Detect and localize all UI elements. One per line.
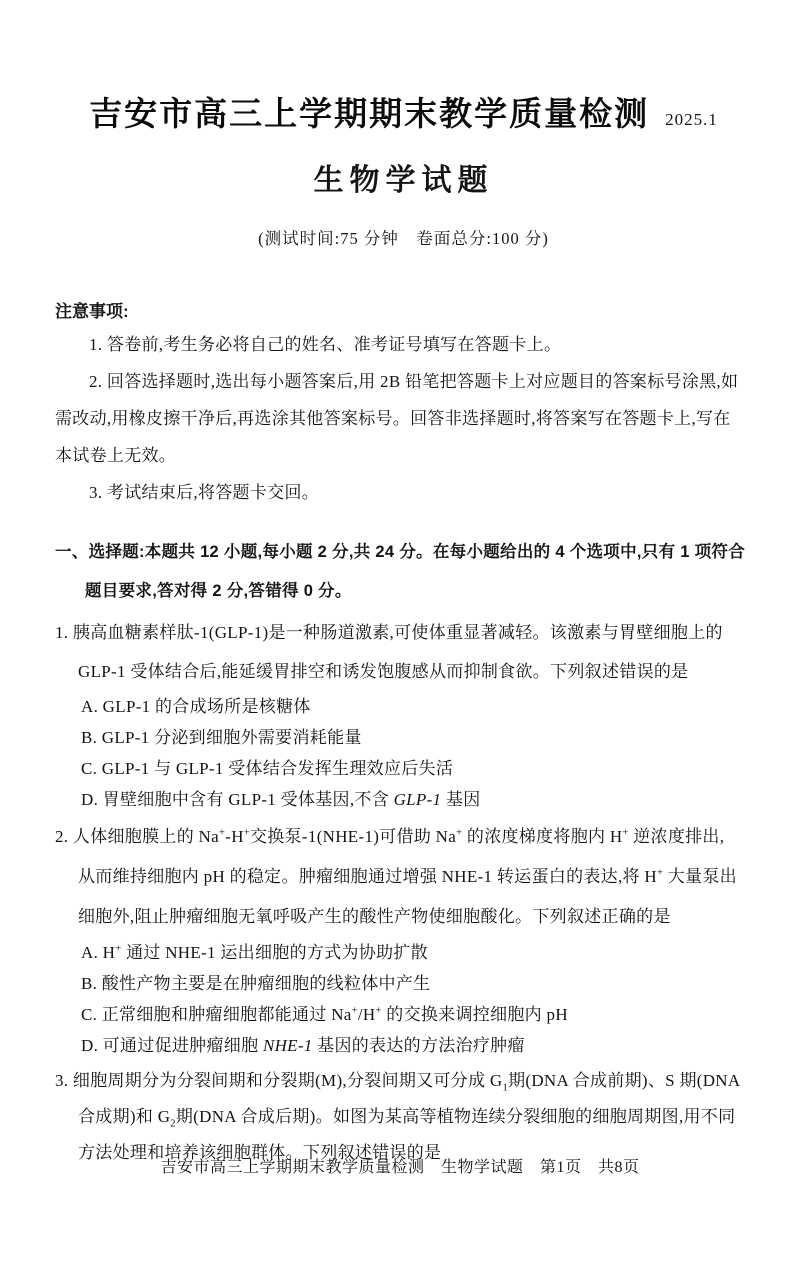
question-2-option-a: A. H+ 通过 NHE-1 运出细胞的方式为协助扩散 bbox=[55, 937, 752, 968]
question-2-option-b: B. 酸性产物主要是在肿瘤细胞的线粒体中产生 bbox=[55, 968, 752, 999]
notice-item-3: 3. 考试结束后,将答题卡交回。 bbox=[55, 474, 752, 511]
question-1-option-d: D. 胃壁细胞中含有 GLP-1 受体基因,不含 GLP-1 基因 bbox=[55, 784, 752, 815]
notes-section: 注意事项: 1. 答卷前,考生务必将自己的姓名、准考证号填写在答题卡上。 2. … bbox=[55, 298, 752, 511]
question-1-option-b: B. GLP-1 分泌到细胞外需要消耗能量 bbox=[55, 722, 752, 753]
question-2-stem-line: 2. 人体细胞膜上的 Na+-H+交换泵-1(NHE-1)可借助 Na+ 的浓度… bbox=[55, 817, 752, 857]
question-3-stem-line: 合成期)和 G2期(DNA 合成后期)。如图为某高等植物连续分裂细胞的细胞周期图… bbox=[55, 1099, 752, 1135]
question-1: 1. 胰高血糖素样肽-1(GLP-1)是一种肠道激素,可使体重显著减轻。该激素与… bbox=[55, 613, 752, 815]
question-2-stem-line: 细胞外,阻止肿瘤细胞无氧呼吸产生的酸性产物使细胞酸化。下列叙述正确的是 bbox=[55, 897, 752, 937]
exam-paper-page: 吉安市高三上学期期末教学质量检测 2025.1 生物学试题 (测试时间:75 分… bbox=[0, 0, 800, 1285]
question-3: 3. 细胞周期分为分裂间期和分裂期(M),分裂间期又可分成 G1期(DNA 合成… bbox=[55, 1063, 752, 1171]
question-2-option-d: D. 可通过促进肿瘤细胞 NHE-1 基因的表达的方法治疗肿瘤 bbox=[55, 1030, 752, 1061]
multiple-choice-section-heading: 一、选择题:本题共 12 小题,每小题 2 分,共 24 分。在每小题给出的 4… bbox=[55, 533, 752, 611]
notice-item-1: 1. 答卷前,考生务必将自己的姓名、准考证号填写在答题卡上。 bbox=[55, 326, 752, 363]
exam-title: 吉安市高三上学期期末教学质量检测 bbox=[89, 95, 649, 132]
question-1-option-c: C. GLP-1 与 GLP-1 受体结合发挥生理效应后失活 bbox=[55, 753, 752, 784]
subject-title: 生物学试题 bbox=[55, 161, 752, 201]
question-2: 2. 人体细胞膜上的 Na+-H+交换泵-1(NHE-1)可借助 Na+ 的浓度… bbox=[55, 817, 752, 1061]
page-content: 吉安市高三上学期期末教学质量检测 2025.1 生物学试题 (测试时间:75 分… bbox=[0, 88, 800, 1171]
notice-item-2-line-1: 2. 回答选择题时,选出每小题答案后,用 2B 铅笔把答题卡上对应题目的答案标号… bbox=[55, 363, 752, 400]
exam-meta-line: (测试时间:75 分钟 卷面总分:100 分) bbox=[55, 226, 752, 252]
question-3-stem-line: 3. 细胞周期分为分裂间期和分裂期(M),分裂间期又可分成 G1期(DNA 合成… bbox=[55, 1063, 752, 1099]
notes-heading: 注意事项: bbox=[55, 298, 752, 326]
question-1-option-a: A. GLP-1 的合成场所是核糖体 bbox=[55, 691, 752, 722]
notice-item-2-line-3: 本试卷上无效。 bbox=[55, 437, 752, 474]
notice-item-2-line-2: 需改动,用橡皮擦干净后,再选涂其他答案标号。回答非选择题时,将答案写在答题卡上,… bbox=[55, 400, 752, 437]
question-1-stem-line: GLP-1 受体结合后,能延缓胃排空和诱发饱腹感从而抑制食欲。下列叙述错误的是 bbox=[55, 652, 752, 691]
exam-date: 2025.1 bbox=[665, 110, 718, 130]
exam-title-row: 吉安市高三上学期期末教学质量检测 2025.1 bbox=[55, 88, 752, 135]
page-footer: 吉安市高三上学期期末教学质量检测 生物学试题 第1页 共8页 bbox=[0, 1156, 800, 1180]
question-2-option-c: C. 正常细胞和肿瘤细胞都能通过 Na+/H+ 的交换来调控细胞内 pH bbox=[55, 999, 752, 1030]
question-2-stem-line: 从而维持细胞内 pH 的稳定。肿瘤细胞通过增强 NHE-1 转运蛋白的表达,将 … bbox=[55, 857, 752, 897]
question-1-stem-line: 1. 胰高血糖素样肽-1(GLP-1)是一种肠道激素,可使体重显著减轻。该激素与… bbox=[55, 613, 752, 652]
section-heading-line-2: 题目要求,答对得 2 分,答错得 0 分。 bbox=[55, 572, 752, 611]
section-heading-line-1: 一、选择题:本题共 12 小题,每小题 2 分,共 24 分。在每小题给出的 4… bbox=[55, 533, 752, 572]
